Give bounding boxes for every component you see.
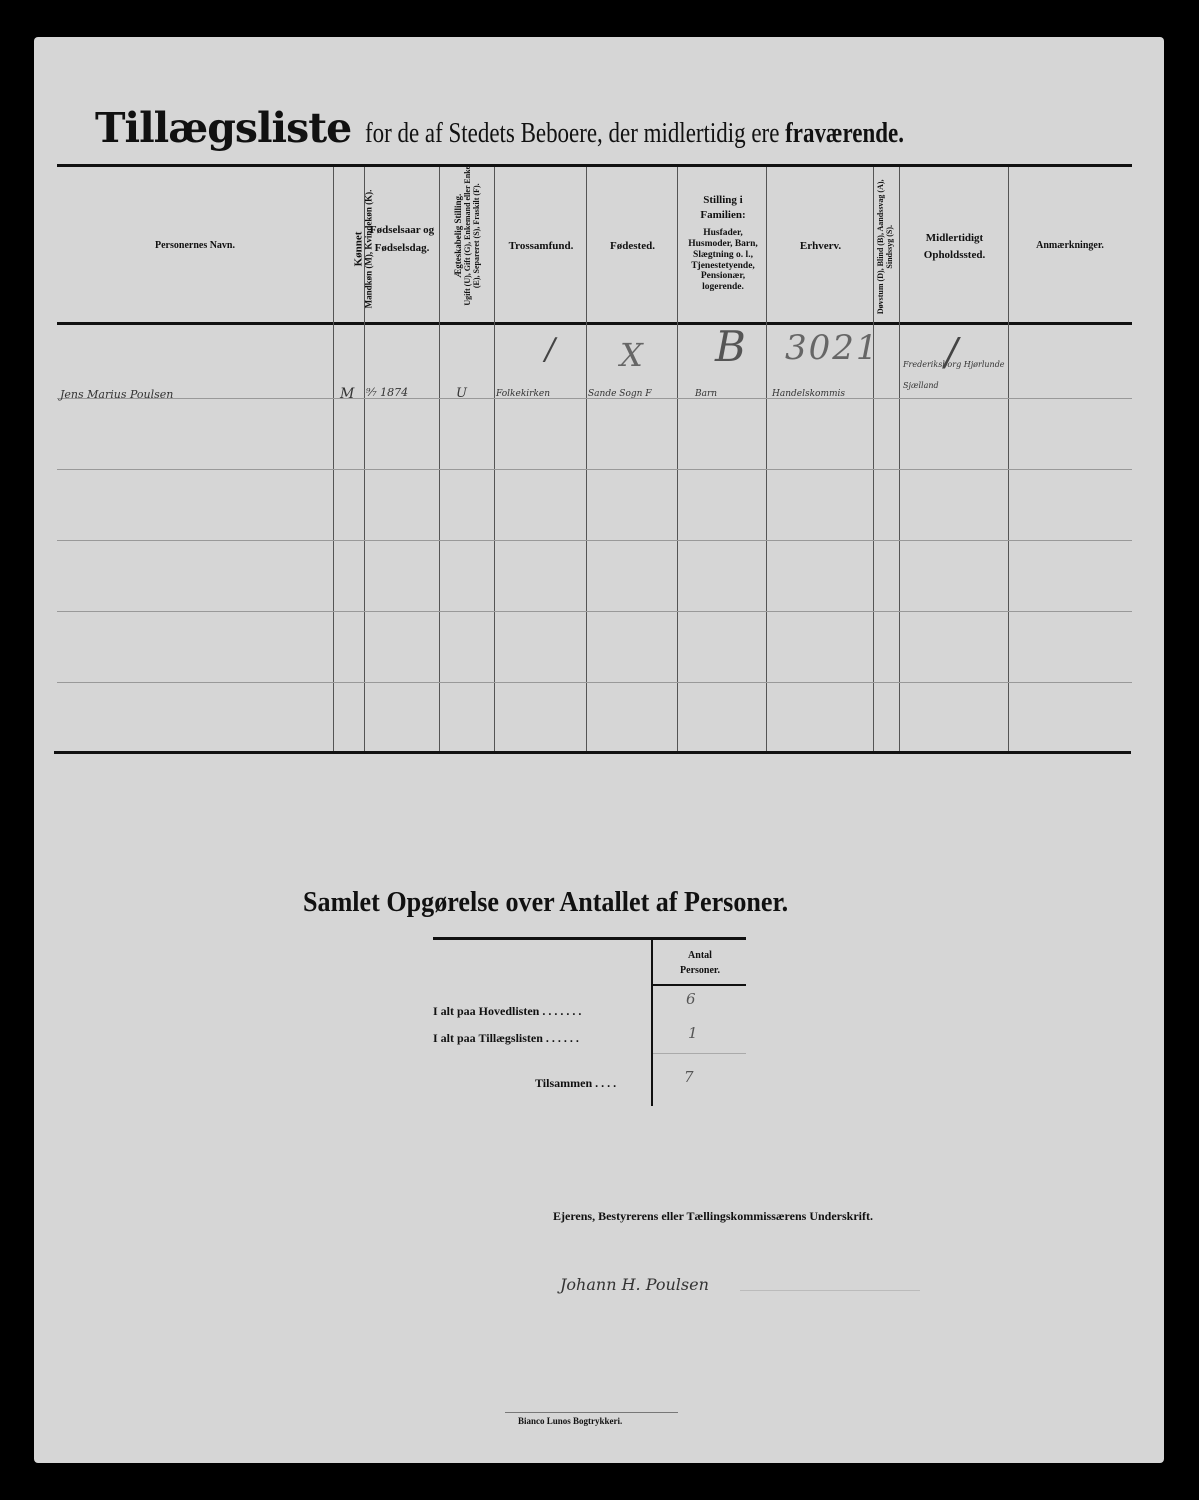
printer-rule [505, 1412, 678, 1413]
header-disability: Døvstum (D), Blind (B), Aandssvag (A), S… [877, 177, 895, 317]
summary-column-header: Antal Personer. [654, 948, 746, 978]
table-bottom-rule [54, 751, 1131, 754]
page-title: Tillægsliste for de af Stedets Beboere, … [95, 104, 1023, 152]
cell-occupation: Handelskommis [772, 389, 845, 399]
cell-sex: M [340, 386, 354, 402]
summary-value-total: 7 [684, 1068, 694, 1086]
cell-birthplace: Sande Sogn F [588, 389, 652, 399]
signature-line [740, 1290, 920, 1291]
summary-value-supplement-list: 1 [688, 1024, 698, 1042]
summary-label-supplement-list: I alt paa Tillægslisten . . . . . . [433, 1031, 579, 1046]
col-divider [677, 167, 678, 751]
header-bottom-rule [57, 322, 1132, 325]
summary-label-total: Tilsammen . . . . [535, 1076, 616, 1091]
title-subtitle: for de af Stedets Beboere, der midlertid… [365, 118, 904, 150]
summary-header-rule [653, 984, 746, 986]
header-name: Personernes Navn. [100, 240, 290, 252]
cell-marital: U [456, 386, 467, 401]
birthplace-x-mark: X [620, 336, 643, 374]
header-family-position: Stilling i Familien: Husfader, Husmoder,… [680, 193, 766, 293]
header-birth: Fødselsaar og Fødselsdag. [366, 222, 438, 257]
header-remarks: Anmærkninger. [1010, 240, 1130, 252]
header-temp-residence: Midlertidigt Opholdssted. [902, 230, 1007, 263]
col-divider [1008, 167, 1009, 751]
residence-check-mark: / [945, 330, 958, 374]
signature-label: Ejerens, Bestyrerens eller Tællingskommi… [553, 1209, 873, 1224]
col-divider [586, 167, 587, 751]
col-divider [333, 167, 334, 751]
cell-religion: Folkekirken [496, 389, 550, 399]
cell-name: Jens Marius Poulsen [60, 388, 173, 401]
row-divider [57, 469, 1132, 470]
col-divider [439, 167, 440, 751]
header-occupation: Erhverv. [768, 240, 873, 253]
cell-birth: ⁹⁄₇ 1874 [366, 386, 408, 399]
summary-vertical-rule [651, 940, 653, 1106]
occupation-code: 3021 [785, 328, 880, 368]
summary-sum-rule [653, 1053, 746, 1054]
row-divider [57, 682, 1132, 683]
table-top-rule [57, 164, 1132, 167]
title-main: Tillægsliste [95, 104, 351, 152]
row-divider [57, 611, 1132, 612]
summary-title: Samlet Opgørelse over Antallet af Person… [303, 886, 788, 919]
printer-credit: Bianco Lunos Bogtrykkeri. [518, 1416, 622, 1426]
religion-check-mark: / [545, 332, 555, 367]
family-code-mark: B [715, 322, 746, 371]
col-divider [899, 167, 900, 751]
col-divider [873, 167, 874, 751]
row-divider [57, 540, 1132, 541]
header-religion: Trossamfund. [496, 240, 586, 253]
signature: Johann H. Poulsen [560, 1275, 709, 1294]
col-divider [766, 167, 767, 751]
summary-value-main-list: 6 [686, 990, 696, 1008]
header-marital: Ægteskabelig Stilling. Ugift (U), Gift (… [454, 163, 481, 308]
summary-label-main-list: I alt paa Hovedlisten . . . . . . . [433, 1004, 581, 1019]
summary-top-rule [433, 937, 746, 940]
cell-family-position: Barn [695, 389, 717, 399]
header-birthplace: Fødested. [588, 240, 677, 253]
col-divider [494, 167, 495, 751]
